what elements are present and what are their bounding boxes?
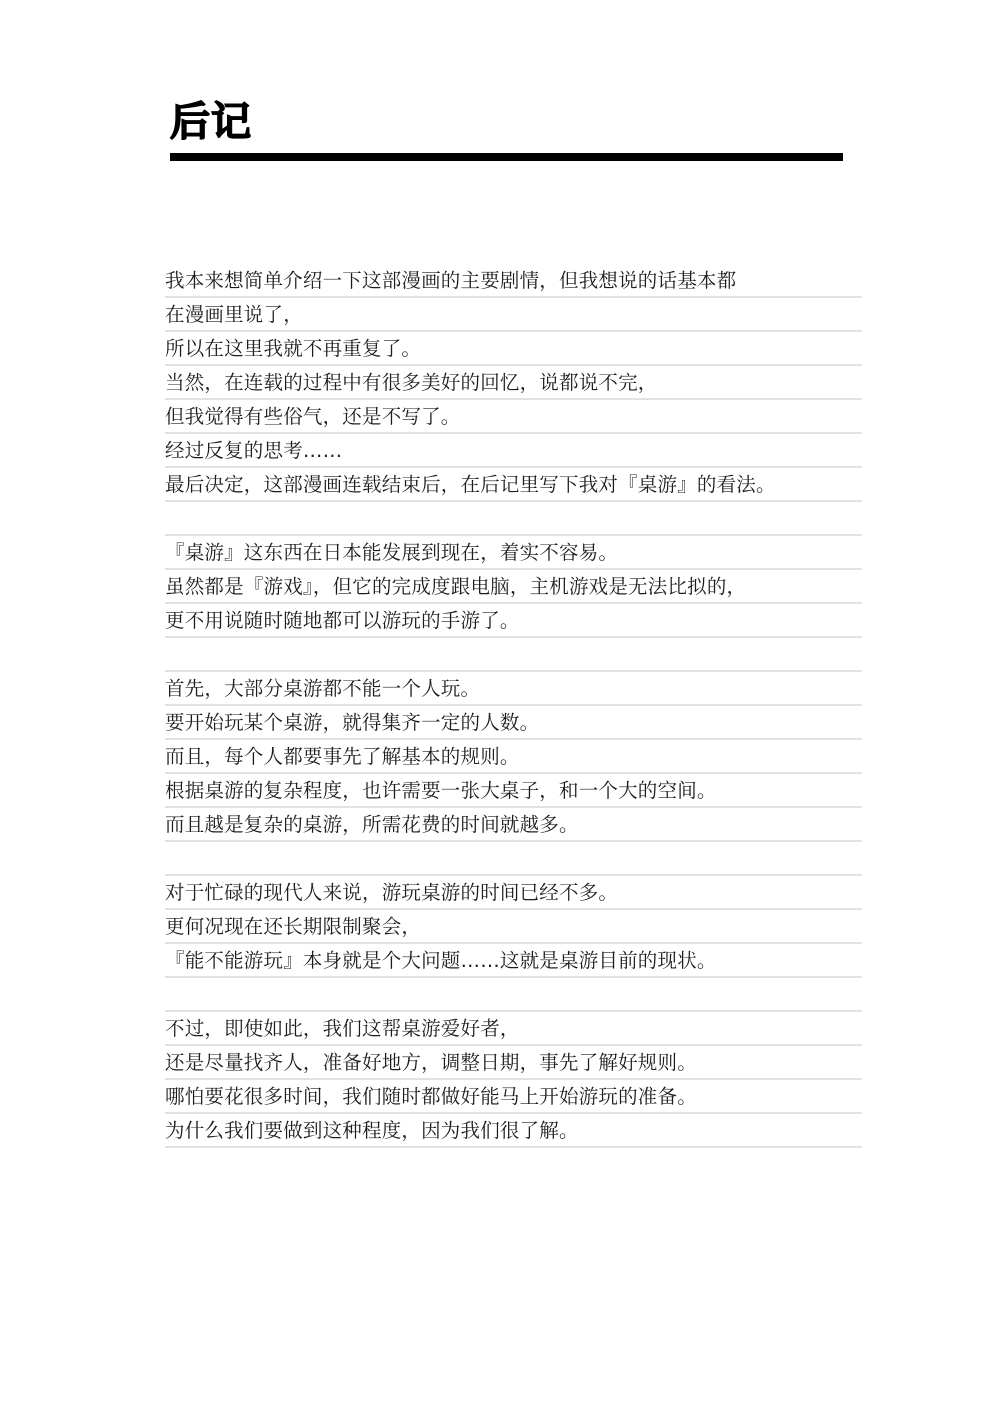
text-line: 还是尽量找齐人，准备好地方，调整日期，事先了解好规则。 xyxy=(165,1046,862,1080)
lined-text-body: 我本来想简单介绍一下这部漫画的主要剧情，但我想说的话基本都 在漫画里说了， 所以… xyxy=(165,264,862,1148)
text-line: 我本来想简单介绍一下这部漫画的主要剧情，但我想说的话基本都 xyxy=(165,264,862,298)
title-underline-bar xyxy=(170,153,843,161)
text-line: 虽然都是『游戏』，但它的完成度跟电脑，主机游戏是无法比拟的， xyxy=(165,570,862,604)
text-line: 最后决定，这部漫画连载结束后，在后记里写下我对『桌游』的看法。 xyxy=(165,468,862,502)
blank-line xyxy=(165,502,862,536)
text-line: 不过，即使如此，我们这帮桌游爱好者， xyxy=(165,1012,862,1046)
text-line: 但我觉得有些俗气，还是不写了。 xyxy=(165,400,862,434)
text-line: 对于忙碌的现代人来说，游玩桌游的时间已经不多。 xyxy=(165,876,862,910)
blank-line xyxy=(165,842,862,876)
text-line: 『能不能游玩』本身就是个大问题……这就是桌游目前的现状。 xyxy=(165,944,862,978)
text-line: 在漫画里说了， xyxy=(165,298,862,332)
text-line: 而且，每个人都要事先了解基本的规则。 xyxy=(165,740,862,774)
text-line: 『桌游』这东西在日本能发展到现在，着实不容易。 xyxy=(165,536,862,570)
blank-line xyxy=(165,978,862,1012)
text-line: 所以在这里我就不再重复了。 xyxy=(165,332,862,366)
text-line: 当然，在连载的过程中有很多美好的回忆，说都说不完， xyxy=(165,366,862,400)
blank-line xyxy=(165,638,862,672)
text-line: 要开始玩某个桌游，就得集齐一定的人数。 xyxy=(165,706,862,740)
page-title: 后记 xyxy=(170,98,252,146)
text-line: 经过反复的思考…… xyxy=(165,434,862,468)
text-line: 根据桌游的复杂程度，也许需要一张大桌子，和一个大的空间。 xyxy=(165,774,862,808)
text-line: 为什么我们要做到这种程度，因为我们很了解。 xyxy=(165,1114,862,1148)
text-line: 而且越是复杂的桌游，所需花费的时间就越多。 xyxy=(165,808,862,842)
text-line: 哪怕要花很多时间，我们随时都做好能马上开始游玩的准备。 xyxy=(165,1080,862,1114)
text-line: 首先，大部分桌游都不能一个人玩。 xyxy=(165,672,862,706)
text-line: 更不用说随时随地都可以游玩的手游了。 xyxy=(165,604,862,638)
text-line: 更何况现在还长期限制聚会， xyxy=(165,910,862,944)
